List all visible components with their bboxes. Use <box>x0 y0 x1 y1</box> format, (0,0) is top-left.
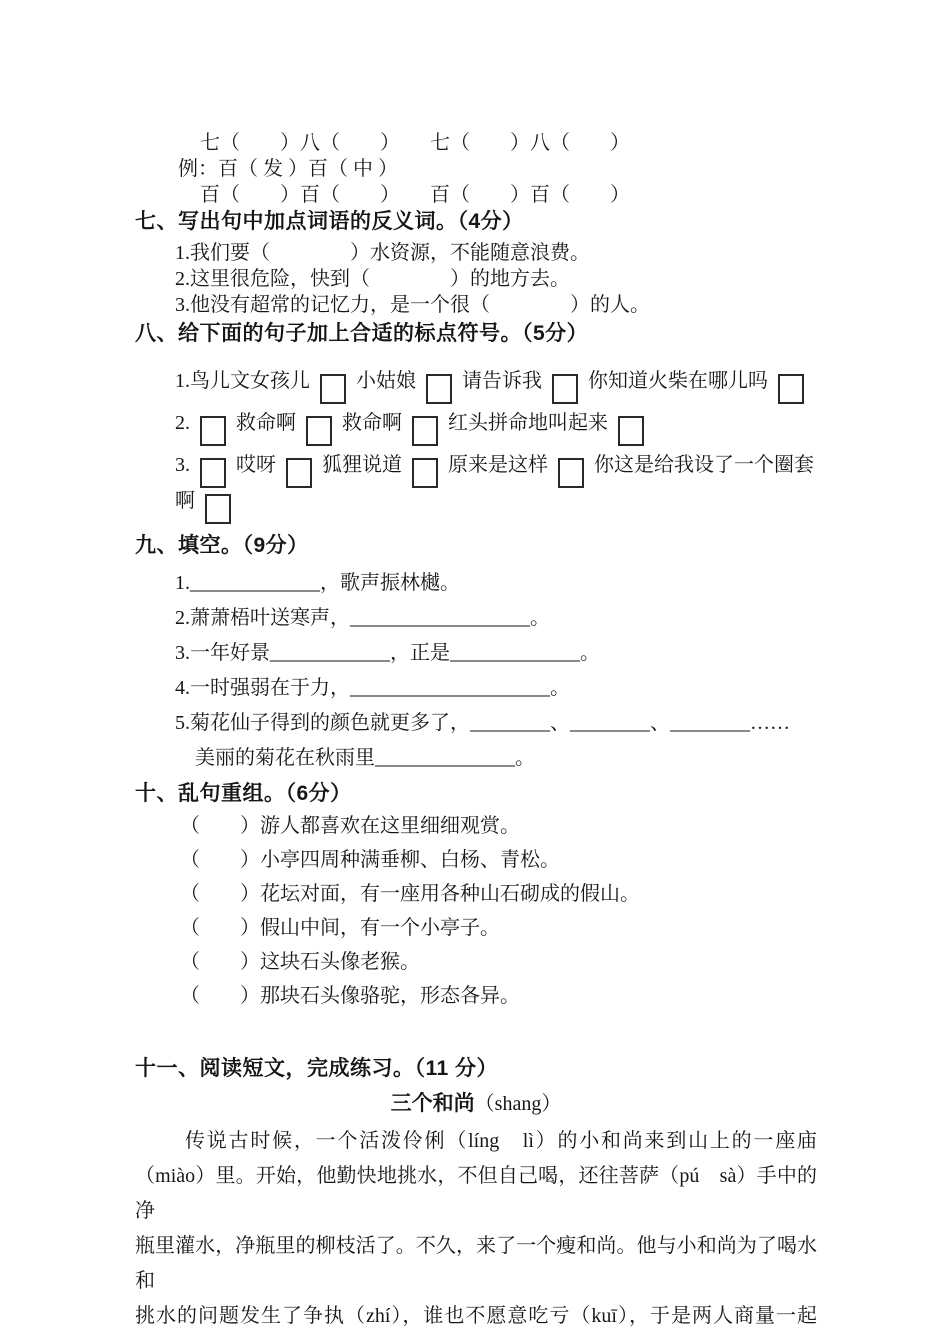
exam-content: 七（ ）八（ ） 七（ ）八（ ） 例：百（ 发 ）百（ 中 ） 百（ ）百（ … <box>135 130 817 1334</box>
passage-line-4: 挑水的问题发生了争执（zhí），谁也不愿意吃亏（kuī），于是两人商量一起 <box>135 1299 817 1334</box>
punctuation-answer-box <box>778 374 804 404</box>
sentence-fragment: 1.鸟儿文女孩儿 <box>175 370 310 392</box>
sentence-fragment: 狐狸说道 <box>322 454 402 476</box>
fill-blank-item-5: 5.菊花仙子得到的颜色就更多了，________、________、______… <box>175 710 817 736</box>
sentence-fragment: 原来是这样 <box>448 454 548 476</box>
section-ten-items: （ ）游人都喜欢在这里细细观赏。 （ ）小亭四周种满垂柳、白杨、青松。 （ ）花… <box>135 813 817 1009</box>
word-blank-line-2: 百（ ）百（ ） 百（ ）百（ ） <box>200 182 817 208</box>
fill-blank-item-4: 4.一时强弱在于力，____________________。 <box>175 675 817 701</box>
sentence-fragment: 哎呀 <box>236 454 276 476</box>
passage-title-pinyin: （shang） <box>475 1093 562 1115</box>
punctuation-item-1: 1.鸟儿文女孩儿小姑娘请告诉我你知道火柴在哪儿吗 <box>175 368 817 404</box>
fill-blank-item-2: 2.萧萧梧叶送寒声，__________________。 <box>175 605 817 631</box>
sentence-fragment: 你知道火柴在哪儿吗 <box>588 370 768 392</box>
punctuation-answer-box <box>412 458 438 488</box>
punctuation-answer-box <box>200 458 226 488</box>
reorder-item-2: （ ）小亭四周种满垂柳、白杨、青松。 <box>180 847 817 873</box>
reorder-item-6: （ ）那块石头像骆驼，形态各异。 <box>180 983 817 1009</box>
punctuation-answer-box <box>320 374 346 404</box>
reorder-item-4: （ ）假山中间，有一个小亭子。 <box>180 915 817 941</box>
punctuation-answer-box <box>306 416 332 446</box>
punctuation-item-3: 3.哎呀狐狸说道原来是这样你这是给我设了一个圈套啊 <box>175 452 817 524</box>
punctuation-answer-box <box>200 416 226 446</box>
section-seven-items: 1.我们要（ ）水资源，不能随意浪费。 2.这里很危险，快到（ ）的地方去。 3… <box>135 240 817 318</box>
section-eight-items: 1.鸟儿文女孩儿小姑娘请告诉我你知道火柴在哪儿吗 2.救命啊救命啊红头拼命地叫起… <box>135 368 817 524</box>
punctuation-answer-box <box>618 416 644 446</box>
fill-blank-item-5-continuation: 美丽的菊花在秋雨里______________。 <box>195 745 817 771</box>
section-nine-items: 1._____________，歌声振林樾。 2.萧萧梧叶送寒声，_______… <box>135 570 817 771</box>
punctuation-answer-box <box>552 374 578 404</box>
sentence-fragment: 救命啊 <box>236 412 296 434</box>
section-ten-heading: 十、乱句重组。（6分） <box>135 780 817 808</box>
word-blank-line-1: 七（ ）八（ ） 七（ ）八（ ） <box>200 130 817 156</box>
sentence-fragment: 红头拼命地叫起来 <box>448 412 608 434</box>
reorder-item-1: （ ）游人都喜欢在这里细细观赏。 <box>180 813 817 839</box>
sentence-fragment: 3. <box>175 454 190 476</box>
sentence-fragment: 小姑娘 <box>356 370 416 392</box>
passage-title: 三个和尚（shang） <box>135 1090 817 1118</box>
reading-passage: 传说古时候，一个活泼伶俐（líng lì）的小和尚来到山上的一座庙 （miào）… <box>135 1124 817 1334</box>
section-eight-heading: 八、给下面的句子加上合适的标点符号。（5分） <box>135 320 817 348</box>
antonym-item-2: 2.这里很危险，快到（ ）的地方去。 <box>175 266 817 292</box>
punctuation-answer-box <box>205 494 231 524</box>
reorder-item-5: （ ）这块石头像老猴。 <box>180 949 817 975</box>
passage-line-3: 瓶里灌水，净瓶里的柳枝活了。不久，来了一个瘦和尚。他与小和尚为了喝水和 <box>135 1229 817 1299</box>
sentence-fragment: 2. <box>175 412 190 434</box>
punctuation-answer-box <box>412 416 438 446</box>
sentence-fragment: 救命啊 <box>342 412 402 434</box>
exam-page: 七（ ）八（ ） 七（ ）八（ ） 例：百（ 发 ）百（ 中 ） 百（ ）百（ … <box>0 0 950 1344</box>
punctuation-answer-box <box>558 458 584 488</box>
section-seven-heading: 七、写出句中加点词语的反义词。（4分） <box>135 208 817 236</box>
reorder-item-3: （ ）花坛对面，有一座用各种山石砌成的假山。 <box>180 881 817 907</box>
antonym-item-3: 3.他没有超常的记忆力，是一个很（ ）的人。 <box>175 292 817 318</box>
passage-line-2: （miào）里。开始，他勤快地挑水，不但自己喝，还往菩萨（pú sà）手中的净 <box>135 1159 817 1229</box>
section-eleven-heading: 十一、阅读短文，完成练习。（11 分） <box>135 1055 817 1083</box>
punctuation-answer-box <box>286 458 312 488</box>
section-nine-heading: 九、填空。（9分） <box>135 532 817 560</box>
sentence-fragment: 请告诉我 <box>462 370 542 392</box>
punctuation-answer-box <box>426 374 452 404</box>
antonym-item-1: 1.我们要（ ）水资源，不能随意浪费。 <box>175 240 817 266</box>
word-blank-example-line: 例：百（ 发 ）百（ 中 ） <box>178 156 817 182</box>
punctuation-item-2: 2.救命啊救命啊红头拼命地叫起来 <box>175 410 817 446</box>
fill-blank-item-1: 1._____________，歌声振林樾。 <box>175 570 817 596</box>
passage-line-1: 传说古时候，一个活泼伶俐（líng lì）的小和尚来到山上的一座庙 <box>135 1124 817 1159</box>
fill-blank-item-3: 3.一年好景____________，正是_____________。 <box>175 640 817 666</box>
passage-title-text: 三个和尚 <box>391 1092 475 1115</box>
